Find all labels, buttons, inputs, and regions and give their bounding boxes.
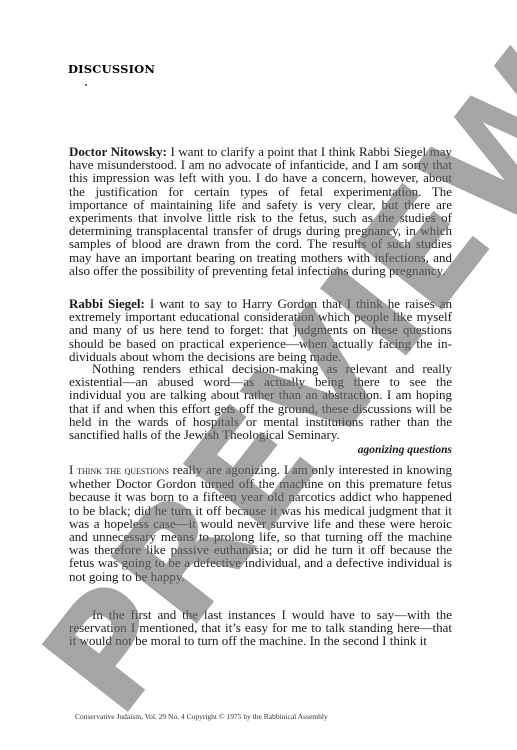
paragraph-agonizing: I think the questions really are agonizi…	[69, 463, 452, 583]
smallcaps-lead: think the questions	[77, 463, 169, 477]
copyright-footer: Conservative Judaism, Vol. 29 No. 4 Copy…	[75, 712, 328, 721]
speck-mark	[85, 84, 87, 86]
paragraph-text: I want to clarify a point that I think R…	[69, 144, 452, 278]
paragraph-siegel: Rabbi Siegel: I want to say to Harry Gor…	[69, 297, 452, 363]
paragraph-nitowsky: Doctor Nitowsky: I want to clarify a poi…	[69, 145, 452, 277]
paragraph-text: Nothing renders ethical decision-making …	[69, 362, 452, 441]
subheading: agonizing questions	[69, 444, 452, 456]
document-page: DISCUSSION Doctor Nitowsky: I want to cl…	[0, 0, 517, 750]
paragraph-siegel-continued: Nothing renders ethical decision-making …	[69, 362, 452, 441]
paragraph-text: In the first and the last instances I wo…	[69, 608, 452, 648]
paragraph-text: really are agonizing. I am only interest…	[69, 462, 452, 584]
section-heading: DISCUSSION	[68, 62, 155, 76]
lead-text: I	[69, 462, 77, 477]
paragraph-final: In the first and the last instances I wo…	[69, 608, 452, 648]
